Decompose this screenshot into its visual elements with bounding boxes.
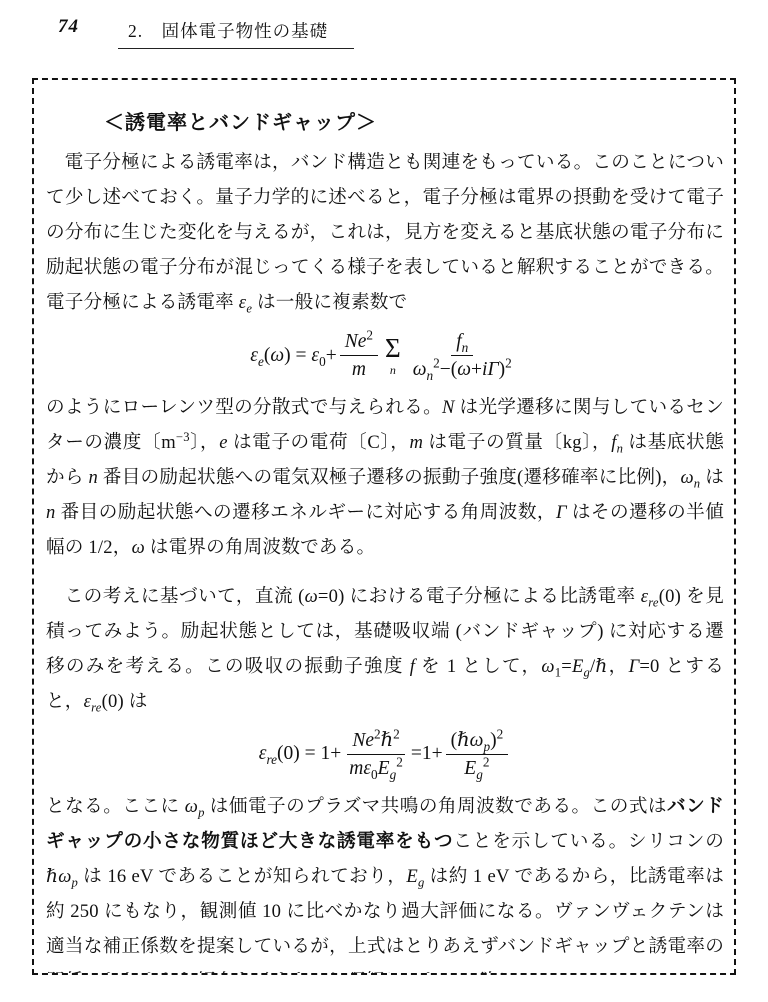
eq1-frac1-denominator: m xyxy=(347,356,371,381)
eq1-frac2-denominator: ωn2−(ω+iΓ)2 xyxy=(408,356,517,381)
eq1-frac1-numerator: Ne2 xyxy=(340,330,378,356)
eq2-frac1-denominator: mε0Eg2 xyxy=(344,755,408,780)
eq1-lhs: εe(ω) = ε0+ xyxy=(250,344,336,368)
paragraph-intro: 電子分極による誘電率は，バンド構造とも関連をもっている。このことについて少し述べ… xyxy=(46,145,724,320)
eq2-fraction-1: Ne2ℏ2 mε0Eg2 xyxy=(344,729,408,781)
eq1-fraction-lorentzian: fn ωn2−(ω+iΓ)2 xyxy=(408,330,517,382)
equation-static-permittivity: εre(0) = 1+ Ne2ℏ2 mε0Eg2 =1+ (ℏωp)2 Eg2 xyxy=(46,729,724,781)
content-box: ＜誘電率とバンドギャップ＞ 電子分極による誘電率は，バンド構造とも関連をもってい… xyxy=(32,78,736,975)
eq1-fraction-coefficient: Ne2 m xyxy=(340,330,378,382)
eq2-frac2-numerator: (ℏωp)2 xyxy=(446,729,509,755)
sigma-symbol: Σ xyxy=(385,335,401,362)
equation-dispersion: εe(ω) = ε0+ Ne2 m Σ n fn ωn2−(ω+iΓ)2 xyxy=(46,330,724,382)
eq2-frac1-numerator: Ne2ℏ2 xyxy=(347,729,404,755)
eq2-frac2-denominator: Eg2 xyxy=(459,755,494,780)
eq2-middle: =1+ xyxy=(411,742,443,766)
section-title: ＜誘電率とバンドギャップ＞ xyxy=(104,106,724,135)
page-header: 74 2. 固体電子物性の基礎 xyxy=(0,14,768,54)
eq1-frac2-numerator: fn xyxy=(451,330,473,356)
sigma-subscript: n xyxy=(390,364,396,376)
paragraph-conclusion: となる。ここに ωp は価電子のプラズマ共鳴の角周波数である。この式はバンドギャ… xyxy=(46,789,724,975)
eq2-lhs: εre(0) = 1+ xyxy=(259,742,341,766)
paragraph-definitions: のようにローレンツ型の分散式で与えられる。N は光学遷移に関与しているセンターの… xyxy=(46,390,724,565)
paragraph-estimate: この考えに基づいて，直流 (ω=0) における電子分極による比誘電率 εre(0… xyxy=(46,579,724,719)
page-number: 74 xyxy=(58,16,79,38)
sigma-sum: Σ n xyxy=(385,335,401,376)
eq2-fraction-2: (ℏωp)2 Eg2 xyxy=(446,729,509,781)
chapter-title: 2. 固体電子物性の基礎 xyxy=(118,18,354,49)
